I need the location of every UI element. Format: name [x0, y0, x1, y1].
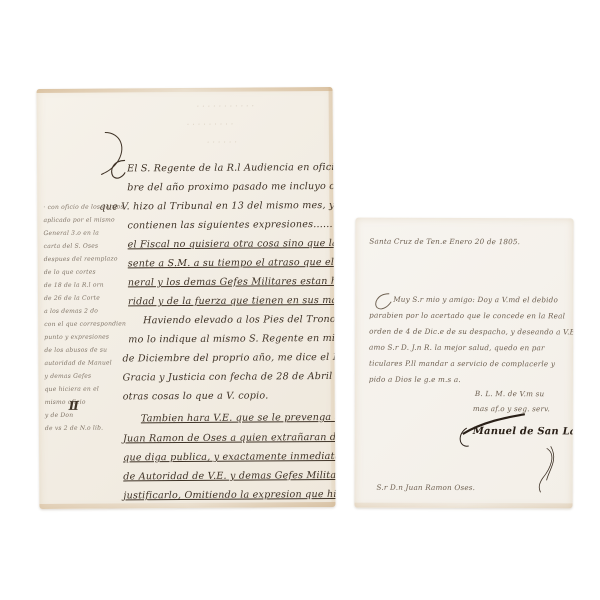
manuscript-line-underlined: el Fiscal no quisiera otra cosa sino que…	[128, 234, 336, 255]
margin-note-line: de vs 2 de N.o lib.	[45, 422, 103, 435]
margin-note-line: y demas Gefes	[44, 370, 91, 383]
letter-line: Muy S.r mio y amigo: Doy a V.md el debid…	[393, 292, 558, 308]
margin-note-line: que hiciera en el	[45, 383, 99, 396]
margin-note-line: de 18 de la R.l orn	[44, 279, 104, 292]
letter-signature: Manuel de San Lazaro	[473, 426, 574, 437]
letter-addressee: S.r D.n Juan Ramon Oses.	[377, 480, 476, 496]
right-manuscript-letter: Santa Cruz de Ten.e Enero 20 de 1805. Mu…	[354, 218, 573, 509]
letter-closing-line: B. L. M. de V.m su	[475, 386, 545, 402]
manuscript-line-underlined: Juan Ramon de Oses a quien extrañaran de…	[123, 428, 336, 449]
margin-note-line: de 26 de la Corte	[44, 292, 100, 305]
margin-note-line: a los demas 2 do	[44, 305, 98, 318]
manuscript-line: contienen las siguientes expresiones....…	[127, 215, 335, 236]
left-manuscript-page: · · · · · · · · · · · · · · · · · · · · …	[37, 87, 336, 509]
margin-mark: Ⅱ	[69, 399, 79, 413]
manuscript-line: que V. hizo al Tribunal en 13 del mismo …	[99, 197, 335, 218]
manuscript-line-underlined: Tambien hara V.E. que se le prevenga al …	[141, 409, 336, 429]
page-edge-stain	[37, 87, 333, 93]
manuscript-line-underlined: sente a S.M. a su tiempo el atraso que e…	[128, 253, 336, 274]
manuscript-line: Gracia y Justicia con fecha de 28 de Abr…	[122, 368, 335, 388]
manuscript-line: de Diciembre del proprio año, me dice el…	[122, 348, 335, 369]
margin-note-line: despues del reemplazo	[44, 252, 118, 266]
page-edge-stain	[354, 503, 572, 509]
manuscript-line-underlined: justificarlo, Omitiendo la expresion que…	[123, 485, 335, 506]
margin-note-line: con el que correspondien	[44, 317, 126, 331]
manuscript-line-underlined: que diga publica, y exactamente inmediat…	[123, 447, 335, 468]
manuscript-line: otras cosas lo que a V. copio.	[123, 387, 269, 407]
letter-dateline: Santa Cruz de Ten.e Enero 20 de 1805.	[369, 234, 520, 250]
manuscript-line: El S. Regente de la R.l Audiencia en ofi…	[127, 158, 335, 179]
margin-note-line: punto y expresiones	[44, 331, 109, 344]
manuscript-line: bre del año proximo pasado me incluyo co…	[127, 177, 335, 198]
margin-note-line: de lo que cortes	[44, 266, 96, 279]
letter-line: amo S.r D. J.n R. la mejor salud, quedo …	[369, 340, 545, 356]
faint-bleed-through-text: · · · · · · · · · · ·	[197, 102, 255, 111]
letter-line: orden de 4 de Dic.e de su despacho, y de…	[369, 324, 573, 340]
manuscript-line: Haviendo elevado a los Pies del Trono mi…	[143, 310, 335, 330]
manuscript-line-underlined: neral y los demas Gefes Militares estan …	[128, 272, 336, 293]
margin-note-line: de los abusos de su	[44, 344, 107, 357]
letter-line: pido a Dios le g.e m.s a.	[369, 372, 461, 388]
faint-bleed-through-text: · · · · · ·	[207, 138, 237, 147]
margin-note-line: autoridad de Manuel	[44, 357, 112, 370]
margin-note-line: carta del S. Oses	[44, 240, 99, 253]
margin-note-line: mismo oficio	[45, 396, 86, 409]
manuscript-line: mo lo indique al mismo S. Regente en mi …	[128, 329, 335, 350]
manuscript-line-underlined: ridad y de la fuerza que tienen en sus m…	[128, 292, 335, 312]
manuscript-line-underlined: de Autoridad de V.E. y demas Gefes Milit…	[123, 466, 335, 487]
margin-note-line: aplicado por el mismo	[43, 213, 114, 226]
faint-bleed-through-text: · · · · · · · · ·	[187, 120, 234, 129]
letter-line: ticulares P.ll mandar a servicio de comp…	[369, 356, 555, 372]
margin-note-line: · con oficio de los cargos	[43, 200, 124, 214]
letter-line: parabien por lo acertado que le concede …	[369, 308, 565, 324]
margin-note-line: General 3.o en la	[44, 227, 100, 240]
